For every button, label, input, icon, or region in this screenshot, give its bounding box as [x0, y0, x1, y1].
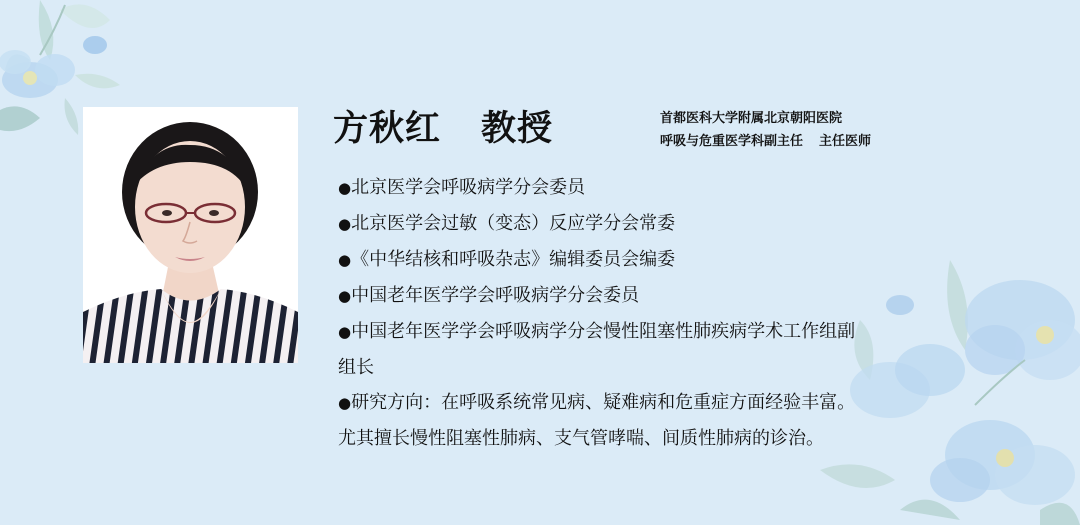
affiliation-hospital: 首都医科大学附属北京朝阳医院 — [660, 107, 871, 130]
affiliation-position-line: 呼吸与危重医学科副主任主任医师 — [660, 130, 871, 153]
bio-list: ●北京医学会呼吸病学分会委员 ●北京医学会过敏（变态）反应学分会常委 ●《中华结… — [338, 170, 1018, 456]
bullet-icon: ● — [338, 215, 351, 233]
bio-item: ●研究方向：在呼吸系统常见病、疑难病和危重症方面经验丰富。 — [338, 385, 1018, 421]
profile-academic-title: 教授 — [481, 109, 553, 149]
profile-name: 方秋红 — [333, 109, 441, 149]
affiliation-rank: 主任医师 — [819, 134, 871, 149]
bio-item: ●北京医学会过敏（变态）反应学分会常委 — [338, 206, 1018, 242]
portrait-photo — [83, 107, 298, 363]
bullet-icon: ● — [338, 251, 351, 269]
bio-item-continuation: 尤其擅长慢性阻塞性肺病、支气管哮喘、间质性肺病的诊治。 — [338, 421, 1018, 456]
profile-affiliation: 首都医科大学附属北京朝阳医院 呼吸与危重医学科副主任主任医师 — [660, 107, 871, 153]
bio-item: ●中国老年医学学会呼吸病学分会委员 — [338, 278, 1018, 314]
bullet-icon: ● — [338, 323, 351, 341]
affiliation-position: 呼吸与危重医学科副主任 — [660, 134, 803, 149]
bio-item: ●北京医学会呼吸病学分会委员 — [338, 170, 1018, 206]
person-portrait-icon — [83, 107, 298, 363]
bullet-icon: ● — [338, 394, 351, 412]
bio-item: ●《中华结核和呼吸杂志》编辑委员会编委 — [338, 242, 1018, 278]
profile-name-title: 方秋红教授 — [333, 101, 553, 151]
profile-slide: 方秋红教授 首都医科大学附属北京朝阳医院 呼吸与危重医学科副主任主任医师 ●北京… — [0, 0, 1080, 525]
bio-item: ●中国老年医学学会呼吸病学分会慢性阻塞性肺疾病学术工作组副 — [338, 314, 1018, 350]
bullet-icon: ● — [338, 179, 351, 197]
bullet-icon: ● — [338, 287, 351, 305]
bio-item-continuation: 组长 — [338, 350, 1018, 385]
